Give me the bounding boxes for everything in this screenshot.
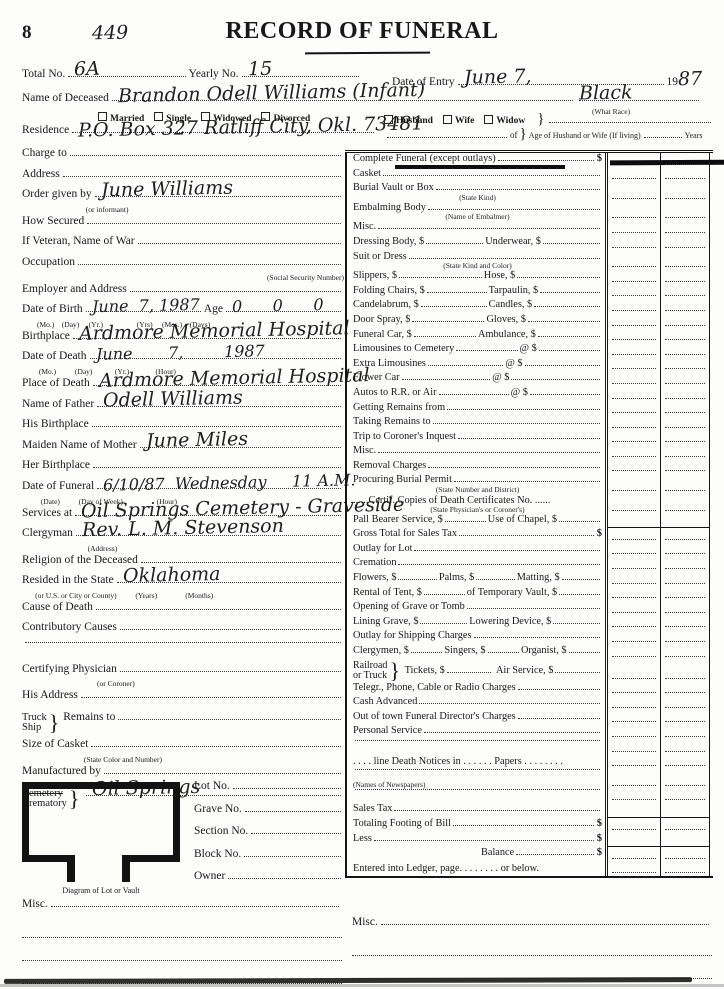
amount-cell-1	[608, 514, 661, 529]
amount-cell-2	[661, 514, 710, 529]
form-field-row: Cause of Death	[22, 601, 344, 617]
misc-dotted-line	[51, 906, 339, 907]
amount-dotted-line	[665, 539, 705, 540]
charge-line: Balance$	[353, 847, 602, 862]
amount-dotted-line	[665, 198, 705, 199]
charge-part-label: Limousines to Cemetery	[353, 343, 454, 354]
charge-row: Procuring Burial Permit(State Number and…	[345, 474, 713, 494]
field-label: Employer and Address	[22, 283, 127, 295]
amount-cell-2	[661, 587, 710, 602]
charge-item-cell: Autos to R.R. or Air@ $	[345, 387, 608, 402]
field-label: Contributory Causes	[22, 621, 117, 633]
charge-item-cell: Totaling Footing of Bill$	[345, 818, 608, 833]
charge-item-cell: Suit or Dress(State Kind and Color)	[345, 251, 608, 271]
amount-cell-2	[661, 630, 710, 645]
charge-row: Embalming Body(Name of Embalmer)	[345, 202, 713, 222]
charge-line: Misc.	[353, 445, 602, 460]
charge-sub-label: (Name of Embalmer)	[353, 213, 602, 221]
charge-dotted-fill	[538, 336, 600, 337]
amount-cell-1	[608, 847, 661, 862]
amount-cell-2	[661, 494, 710, 514]
amount-dotted-line	[665, 736, 705, 737]
amount-dotted-line	[612, 456, 656, 457]
charge-part-label: Pall Bearer Service, $	[353, 514, 443, 525]
field-label: Size of Casket	[22, 738, 88, 750]
amount-cell-2	[661, 153, 710, 168]
charge-part-label: Out of town Funeral Director's Charges	[353, 711, 516, 722]
amount-cell-2	[661, 818, 710, 833]
amount-dotted-line	[612, 310, 656, 311]
field-dotted-line	[138, 243, 341, 244]
field-sub-label: (Address)	[22, 544, 344, 552]
amount-dotted-line	[665, 785, 705, 786]
charge-item-cell: Cash Advanced	[345, 696, 608, 711]
field-label: Charge to	[22, 147, 67, 159]
misc-dotted-line	[381, 924, 709, 925]
charge-part-label: Cremation	[353, 557, 396, 568]
spouse-age-label: Age of Husband or Wife (If living)	[529, 131, 641, 140]
amount-dotted-line	[612, 441, 656, 442]
charge-dotted-fill	[569, 652, 600, 653]
amount-cell-1	[608, 572, 661, 587]
amount-cell-1	[608, 601, 661, 616]
charge-row: Balance$	[345, 847, 713, 862]
amount-dotted-line	[665, 626, 705, 627]
residence-label: Residence	[22, 124, 69, 136]
charge-dotted-fill	[467, 608, 600, 609]
lot-field-label: Section No.	[194, 825, 248, 837]
charge-dotted-fill	[459, 535, 594, 536]
amount-dotted-line	[665, 281, 705, 282]
amount-dotted-line	[665, 398, 705, 399]
amount-cell-1	[608, 270, 661, 285]
charge-line: Removal Charges	[353, 460, 602, 475]
charge-row: Funeral Car, $Ambulance, $	[345, 329, 713, 344]
amount-cell-1	[608, 182, 661, 202]
charge-dotted-fill	[534, 306, 600, 307]
form-field-row	[22, 642, 344, 658]
amount-dotted-line	[665, 354, 705, 355]
field-dotted-line	[78, 264, 341, 265]
field-dotted-line	[81, 697, 341, 698]
charge-part-label: Extra Limousines	[353, 358, 426, 369]
amount-dotted-line	[665, 490, 705, 491]
amount-dotted-line	[612, 872, 656, 873]
charge-row: Misc.	[345, 445, 713, 460]
charge-row: Dressing Body, $Underwear, $	[345, 236, 713, 251]
amount-cell-1	[608, 682, 661, 697]
dollar-sign: $	[597, 153, 602, 164]
charge-line: Dressing Body, $Underwear, $	[353, 236, 602, 251]
field-sub-label: (Social Security Number)	[22, 273, 344, 281]
field-label: Services at	[22, 507, 72, 519]
amount-cell-1	[608, 168, 661, 183]
amount-cell-2	[661, 343, 710, 358]
charge-row: Autos to R.R. or Air@ $	[345, 387, 713, 402]
amount-cell-1	[608, 494, 661, 514]
amount-cell-1	[608, 299, 661, 314]
amount-dotted-line	[665, 597, 705, 598]
amount-cell-1	[608, 528, 661, 543]
charge-dotted-fill	[419, 703, 600, 704]
charge-dotted-fill	[454, 481, 600, 482]
field-dotted-line: Odell Williams	[97, 406, 341, 407]
charge-item-cell: Flower Car@ $	[345, 372, 608, 387]
charge-row: Taking Remains to	[345, 416, 713, 431]
amount-cell-2	[661, 202, 710, 222]
charge-row: Lining Grave, $Lowering Device, $	[345, 616, 713, 631]
charge-part-label: Dressing Body, $	[353, 236, 424, 247]
charge-part-label: Matting, $	[517, 572, 560, 583]
field-sub-label: (State Color and Number)	[22, 755, 344, 763]
charge-line: Rental of Tent, $of Temporary Vault, $	[353, 587, 602, 602]
charge-row: Out of town Funeral Director's Charges	[345, 711, 713, 726]
field-label: Maiden Name of Mother	[22, 439, 137, 451]
charge-item-cell: Dressing Body, $Underwear, $	[345, 236, 608, 251]
charge-part-label: Hose, $	[484, 270, 515, 281]
amount-dotted-line	[665, 858, 705, 859]
amount-cell-2	[661, 616, 710, 631]
charge-row: Clergymen, $Singers, $Organist, $	[345, 645, 713, 660]
amount-dotted-line	[665, 678, 705, 679]
form-title: RECORD OF FUNERAL	[0, 18, 724, 45]
charge-part-label: Singers, $	[444, 645, 485, 656]
charge-dotted-fill	[428, 209, 600, 210]
amount-dotted-line	[665, 829, 705, 830]
amount-cell-2	[661, 474, 710, 494]
form-field-row: Resided in the StateOklahoma	[22, 574, 344, 590]
charge-dotted-fill	[402, 379, 491, 380]
charge-part-label: Removal Charges	[353, 460, 426, 471]
right-misc-block: Misc.	[352, 916, 712, 986]
name-of-deceased-field: Brandon Odell Williams (Infant)	[112, 100, 573, 101]
field-label: Place of Death	[22, 377, 90, 389]
lot-fields-column: Lot No.Grave No.Section No.Block No.Owne…	[194, 780, 344, 893]
charge-sub-label: (State Kind and Color)	[353, 262, 602, 270]
field-dotted-line: Oil Springs Cemetery - Graveside	[75, 515, 341, 516]
charge-part-label: Palms, $	[439, 572, 474, 583]
title-underline	[305, 52, 430, 55]
charge-dotted-fill	[511, 379, 600, 380]
field-label: Order given by	[22, 188, 92, 200]
charge-item-cell: Removal Charges	[345, 460, 608, 475]
form-field-row: If Veteran, Name of War	[22, 235, 344, 251]
charge-dotted-fill	[456, 350, 517, 351]
charge-item-cell: Rental of Tent, $of Temporary Vault, $	[345, 587, 608, 602]
amount-dotted-line	[665, 553, 705, 554]
field-dotted-line	[70, 155, 341, 156]
field-label: Cause of Death	[22, 601, 93, 613]
charge-dotted-fill	[374, 840, 594, 841]
amount-cell-1	[608, 431, 661, 446]
amount-cell-2	[661, 803, 710, 818]
field-sub-label: (or U.S. or City or County) (Years) (Mon…	[22, 591, 344, 599]
amount-cell-2	[661, 460, 710, 475]
amount-dotted-line	[612, 232, 656, 233]
charge-line: Door Spray, $Gloves, $	[353, 314, 602, 329]
charge-part-label: Underwear, $	[485, 236, 541, 247]
charge-item-cell: Candelabrum, $Candles, $	[345, 299, 608, 314]
charge-raw-text: . . . . line Death Notices in . . . . . …	[353, 755, 602, 770]
amount-dotted-line	[612, 785, 656, 786]
date-of-entry-value: June 7,	[463, 65, 531, 88]
charge-parts: Tickets, $ Air Service, $	[402, 665, 602, 676]
charge-part-label: Burial Vault or Box	[353, 182, 434, 193]
charge-item-cell: Flowers, $Palms, $Matting, $	[345, 572, 608, 587]
misc-label: Misc.	[22, 898, 48, 910]
charge-dotted-fill	[427, 292, 487, 293]
charge-dotted-fill	[453, 825, 594, 826]
year-value: 87	[678, 68, 702, 90]
charge-dotted-fill	[421, 306, 487, 307]
amount-cell-2	[661, 402, 710, 417]
amount-cell-2	[661, 329, 710, 344]
field-label: Remains to	[63, 711, 115, 723]
charge-line: Slippers, $Hose, $	[353, 270, 602, 285]
field-label: Resided in the State	[22, 574, 114, 586]
amount-dotted-line	[665, 217, 705, 218]
amount-cell-2	[661, 601, 710, 616]
charge-row: Getting Remains from	[345, 402, 713, 417]
amount-cell-1	[608, 818, 661, 833]
charge-item-cell: Taking Remains to	[345, 416, 608, 431]
diagram-caption: Diagram of Lot or Vault	[22, 886, 180, 895]
charge-part-label: Clergymen, $	[353, 645, 409, 656]
charge-dotted-fill	[412, 321, 484, 322]
left-misc-block: Misc.	[22, 898, 342, 989]
charge-part-label: Folding Chairs, $	[353, 285, 425, 296]
charge-row: Extra Limousines@ $	[345, 358, 713, 373]
charge-dotted-fill	[559, 594, 600, 595]
field-label: Date of Death	[22, 350, 87, 362]
amount-dotted-line	[612, 339, 656, 340]
field-dotted-line	[120, 629, 341, 630]
charge-dotted-fill	[398, 579, 436, 580]
amount-dotted-line	[665, 441, 705, 442]
charge-line: Trip to Coroner's Inquest	[353, 431, 602, 446]
charge-line: Less$	[353, 833, 602, 848]
amount-dotted-line	[612, 427, 656, 428]
charge-dotted-fill	[540, 292, 600, 293]
charge-row: Door Spray, $Gloves, $	[345, 314, 713, 329]
diagram-rectangle	[22, 782, 180, 855]
amount-cell-2	[661, 789, 710, 804]
brace-glyph: }	[49, 710, 60, 736]
spouse-checkbox-wife	[443, 115, 452, 124]
charge-part-label: Taking Remains to	[353, 416, 431, 427]
charge-row: Misc.	[345, 221, 713, 236]
charge-row: Removal Charges	[345, 460, 713, 475]
charge-item-cell: Entered into Ledger, page. . . . . . . .…	[345, 862, 608, 877]
charge-item-cell: Opening of Grave or Tomb	[345, 601, 608, 616]
charge-dotted-fill	[399, 277, 482, 278]
field-dotted-line	[120, 671, 341, 672]
amount-cell-1	[608, 755, 661, 770]
charge-item-cell: Procuring Burial Permit(State Number and…	[345, 474, 608, 494]
amount-dotted-line	[612, 553, 656, 554]
charge-row: Pall Bearer Service, $Use of Chapel, $	[345, 514, 713, 529]
charge-item-cell: . . . . line Death Notices in . . . . . …	[345, 755, 608, 770]
amount-dotted-line	[665, 412, 705, 413]
field-label: Certifying Physician	[22, 663, 117, 675]
amount-cell-1	[608, 769, 661, 789]
diagram-leg-left	[67, 855, 75, 882]
amount-dotted-line	[612, 568, 656, 569]
charge-row: . . . . line Death Notices in . . . . . …	[345, 755, 713, 770]
charge-part-label: Telegr., Phone, Cable or Radio Charges	[353, 682, 516, 693]
misc-label-row: Misc.	[352, 916, 712, 932]
misc-extra-dotted-line	[22, 922, 342, 938]
charge-row: Candelabrum, $Candles, $	[345, 299, 713, 314]
charge-item-cell	[345, 789, 608, 804]
total-no-field: 6A	[68, 76, 185, 77]
charge-row: Outlay for Shipping Charges	[345, 630, 713, 645]
amount-dotted-line	[612, 354, 656, 355]
charge-row: Trip to Coroner's Inquest	[345, 431, 713, 446]
charge-part-label: Gloves, $	[486, 314, 525, 325]
amount-cell-1	[608, 236, 661, 251]
dollar-sign: $	[597, 847, 602, 858]
lot-field-label: Lot No.	[194, 780, 230, 792]
charge-part-label: Autos to R.R. or Air	[353, 387, 437, 398]
charge-part-label: Totaling Footing of Bill	[353, 818, 451, 829]
charge-row: Limousines to Cemetery@ $	[345, 343, 713, 358]
charge-line: Taking Remains to	[353, 416, 602, 431]
charge-raw-text: Entered into Ledger, page. . . . . . . .…	[353, 862, 602, 877]
amount-dotted-line	[612, 858, 656, 859]
field-label: Address	[22, 168, 60, 180]
lot-field-dotted-line	[233, 788, 341, 789]
charge-row: Cash Advanced	[345, 696, 713, 711]
amount-cell-1	[608, 803, 661, 818]
form-field-row: Charge to	[22, 147, 344, 163]
charge-part-label: Lowering Device, $	[469, 616, 551, 627]
amount-dotted-line	[665, 383, 705, 384]
field-dotted-line: Ardmore Memorial Hospital	[93, 385, 341, 386]
charge-dotted-fill	[476, 579, 514, 580]
handwritten-value: Rev. L. M. Stevenson	[82, 515, 284, 541]
amount-cell-1	[608, 402, 661, 417]
charge-dotted-fill	[355, 769, 600, 770]
amount-cell-1	[608, 387, 661, 402]
amount-dotted-line	[665, 872, 705, 873]
amount-dotted-line	[665, 295, 705, 296]
amount-cell-1	[608, 725, 661, 740]
amount-dotted-line	[612, 765, 656, 766]
lot-field-dotted-line	[245, 811, 341, 812]
charge-line: Misc.	[353, 221, 602, 236]
amount-dotted-line	[612, 178, 656, 179]
yearly-no-label: Yearly No.	[189, 68, 239, 80]
charge-row	[345, 789, 713, 804]
dollar-sign: $	[597, 818, 602, 829]
charge-row: Gross Total for Sales Tax$	[345, 528, 713, 543]
charge-part-label: Candles, $	[489, 299, 532, 310]
amount-dotted-line	[612, 368, 656, 369]
lot-field-row: Lot No.	[194, 780, 344, 795]
field-dotted-line: June 7, 1987	[90, 358, 342, 359]
amount-cell-1	[608, 358, 661, 373]
field-sub-label: (or informant)	[22, 205, 344, 213]
charge-row: Cremation	[345, 557, 713, 572]
charge-row: Casket	[345, 168, 713, 183]
charge-dotted-fill	[378, 452, 600, 453]
amount-cell-2	[661, 572, 710, 587]
charge-dotted-fill	[420, 623, 467, 624]
handwritten-value: June 7, 1987	[95, 342, 264, 365]
charge-item-cell: Complete Funeral (except outlays)$	[345, 153, 608, 168]
amount-dotted-line	[665, 568, 705, 569]
amount-cell-1	[608, 314, 661, 329]
amount-cell-2	[661, 696, 710, 711]
amount-dotted-line	[665, 266, 705, 267]
handwritten-value-2: 0 0 0	[232, 295, 324, 316]
charge-item-cell: Outlay for Lot	[345, 543, 608, 558]
charge-part-label: @ $	[505, 358, 522, 369]
charge-dotted-fill	[530, 394, 600, 395]
charge-item-cell: Folding Chairs, $Tarpaulin, $	[345, 285, 608, 300]
amount-dotted-line	[665, 310, 705, 311]
charge-part-label: Use of Chapel, $	[488, 514, 557, 525]
charge-item-cell: ......Certif. Copies of Death Certificat…	[345, 494, 608, 514]
charge-dotted-fill	[447, 672, 492, 673]
lot-field-row: Section No.	[194, 825, 344, 840]
amount-dotted-line	[612, 612, 656, 613]
charge-item-cell: Gross Total for Sales Tax$	[345, 528, 608, 543]
amount-cell-1	[608, 862, 661, 877]
handwritten-value: Odell Williams	[103, 386, 243, 411]
charge-line: Extra Limousines@ $	[353, 358, 602, 373]
charge-part-label: Outlay for Shipping Charges	[353, 630, 472, 641]
charge-dotted-fill	[439, 394, 509, 395]
amount-dotted-line	[612, 412, 656, 413]
field-label: Date of Funeral	[22, 480, 94, 492]
amount-cell-1	[608, 329, 661, 344]
scan-artifact-shadow	[0, 984, 724, 987]
charge-line	[353, 789, 602, 804]
lot-field-label: Owner	[194, 870, 225, 882]
charge-part-label: Opening of Grave or Tomb	[353, 601, 465, 612]
amount-dotted-line	[612, 247, 656, 248]
charge-dotted-fill	[424, 732, 600, 733]
amount-cell-1	[608, 711, 661, 726]
charge-sub-label: (State Kind)	[353, 194, 602, 202]
charge-line	[353, 740, 602, 755]
handwritten-value: Ardmore Memorial Hospital	[79, 317, 350, 345]
amount-cell-1	[608, 645, 661, 660]
brace-labels: Railroador Truck	[353, 661, 387, 681]
form-field-row: Contributory Causes	[22, 621, 344, 637]
amount-cell-1	[608, 474, 661, 494]
amount-cell-1	[608, 202, 661, 222]
charge-row: Folding Chairs, $Tarpaulin, $	[345, 285, 713, 300]
charge-dotted-fill	[539, 350, 600, 351]
amount-cell-2	[661, 236, 710, 251]
charge-row: Complete Funeral (except outlays)$	[345, 153, 713, 168]
amount-dotted-line	[665, 799, 705, 800]
amount-cell-2	[661, 862, 710, 877]
charge-line: Getting Remains from	[353, 402, 602, 417]
amount-cell-1	[608, 251, 661, 271]
charge-row: Totaling Footing of Bill$	[345, 818, 713, 833]
charge-part-label: Gross Total for Sales Tax	[353, 528, 457, 539]
amount-dotted-line	[665, 470, 705, 471]
amount-dotted-line	[665, 368, 705, 369]
charge-item-cell: Cremation	[345, 557, 608, 572]
charge-dotted-fill	[447, 409, 600, 410]
amount-dotted-line	[665, 510, 705, 511]
amount-cell-1	[608, 221, 661, 236]
